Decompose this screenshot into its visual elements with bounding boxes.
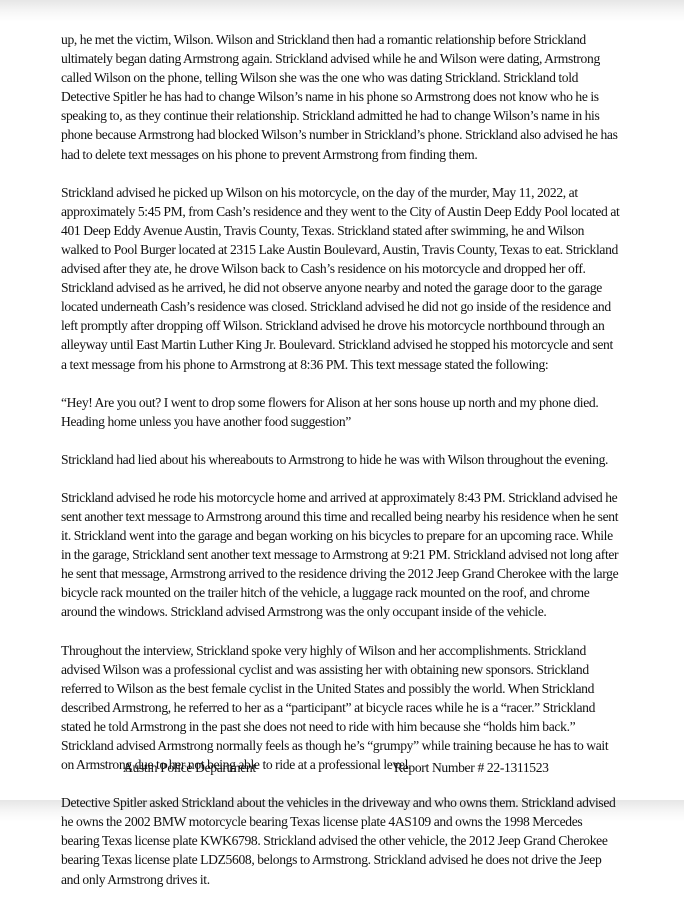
paragraph-vehicles: Detective Spitler asked Strickland about… bbox=[61, 793, 621, 800]
footer-report-number: Report Number # 22-1311523 bbox=[394, 760, 549, 776]
paragraph-interview: Throughout the interview, Strickland spo… bbox=[61, 641, 621, 775]
paragraph-day-of-murder: Strickland advised he picked up Wilson o… bbox=[61, 183, 621, 374]
paragraph-arrived-home: Strickland advised he rode his motorcycl… bbox=[61, 488, 621, 622]
document-page: up, he met the victim, Wilson. Wilson an… bbox=[61, 30, 621, 800]
paragraph-relationship: up, he met the victim, Wilson. Wilson an… bbox=[61, 30, 621, 164]
paragraph-lied-whereabouts: Strickland had lied about his whereabout… bbox=[61, 450, 621, 469]
paragraph-text-message-quote: “Hey! Are you out? I went to drop some f… bbox=[61, 393, 621, 431]
footer-department: Austin Police Department bbox=[123, 760, 256, 776]
